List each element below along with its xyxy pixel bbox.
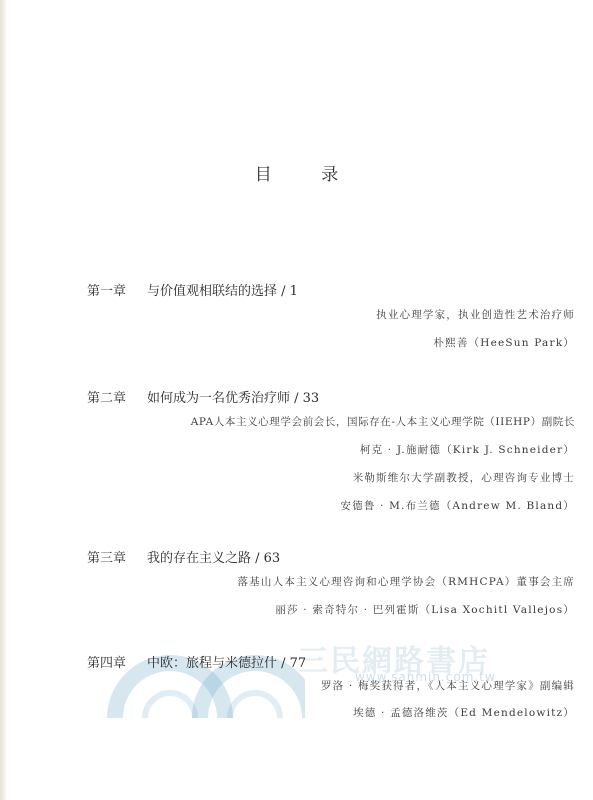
author-name: 柯克 · J.施耐德（Kirk J. Schneider）	[360, 442, 575, 457]
page-binding-edge	[0, 0, 7, 800]
chapter-title: 与价值观相联结的选择 / 1	[147, 284, 298, 299]
chapter-number: 第三章	[87, 547, 139, 566]
chapter-number: 第一章	[87, 280, 139, 299]
author-affiliation: APA人本主义心理学会前会长，国际存在-人本主义心理学院（IIEHP）副院长	[191, 414, 575, 429]
author-affiliation: 落基山人本主义心理咨询和心理学协会（RMHCPA）董事会主席	[237, 574, 575, 589]
chapter-title: 如何成为一名优秀治疗师 / 33	[147, 391, 319, 406]
author-affiliation: 执业心理学家，执业创造性艺术治疗师	[376, 307, 575, 322]
chapter-heading[interactable]: 第二章如何成为一名优秀治疗师 / 33	[87, 387, 319, 406]
author-name: 埃德 · 孟德洛维茨（Ed Mendelowitz）	[353, 705, 575, 720]
author-affiliation: 罗洛 · 梅奖获得者，《人本主义心理学家》副编辑	[321, 678, 575, 693]
page-title: 目 录	[0, 160, 593, 185]
chapter-title: 中欧：旅程与米德拉什 / 77	[147, 656, 306, 671]
author-name: 朴熙善（HeeSun Park）	[433, 335, 575, 350]
author-affiliation: 米勒斯维尔大学副教授，心理咨询专业博士	[353, 470, 575, 485]
chapter-heading[interactable]: 第一章与价值观相联结的选择 / 1	[87, 280, 298, 299]
author-name: 丽莎 · 索奇特尔 · 巴列霍斯（Lisa Xochitl Vallejos）	[275, 602, 575, 617]
chapter-heading[interactable]: 第四章中欧：旅程与米德拉什 / 77	[87, 652, 306, 671]
chapter-number: 第二章	[87, 387, 139, 406]
author-name: 安德鲁 · M.布兰德（Andrew M. Bland）	[340, 498, 575, 513]
chapter-heading[interactable]: 第三章我的存在主义之路 / 63	[87, 547, 280, 566]
chapter-number: 第四章	[87, 652, 139, 671]
chapter-title: 我的存在主义之路 / 63	[147, 551, 280, 566]
